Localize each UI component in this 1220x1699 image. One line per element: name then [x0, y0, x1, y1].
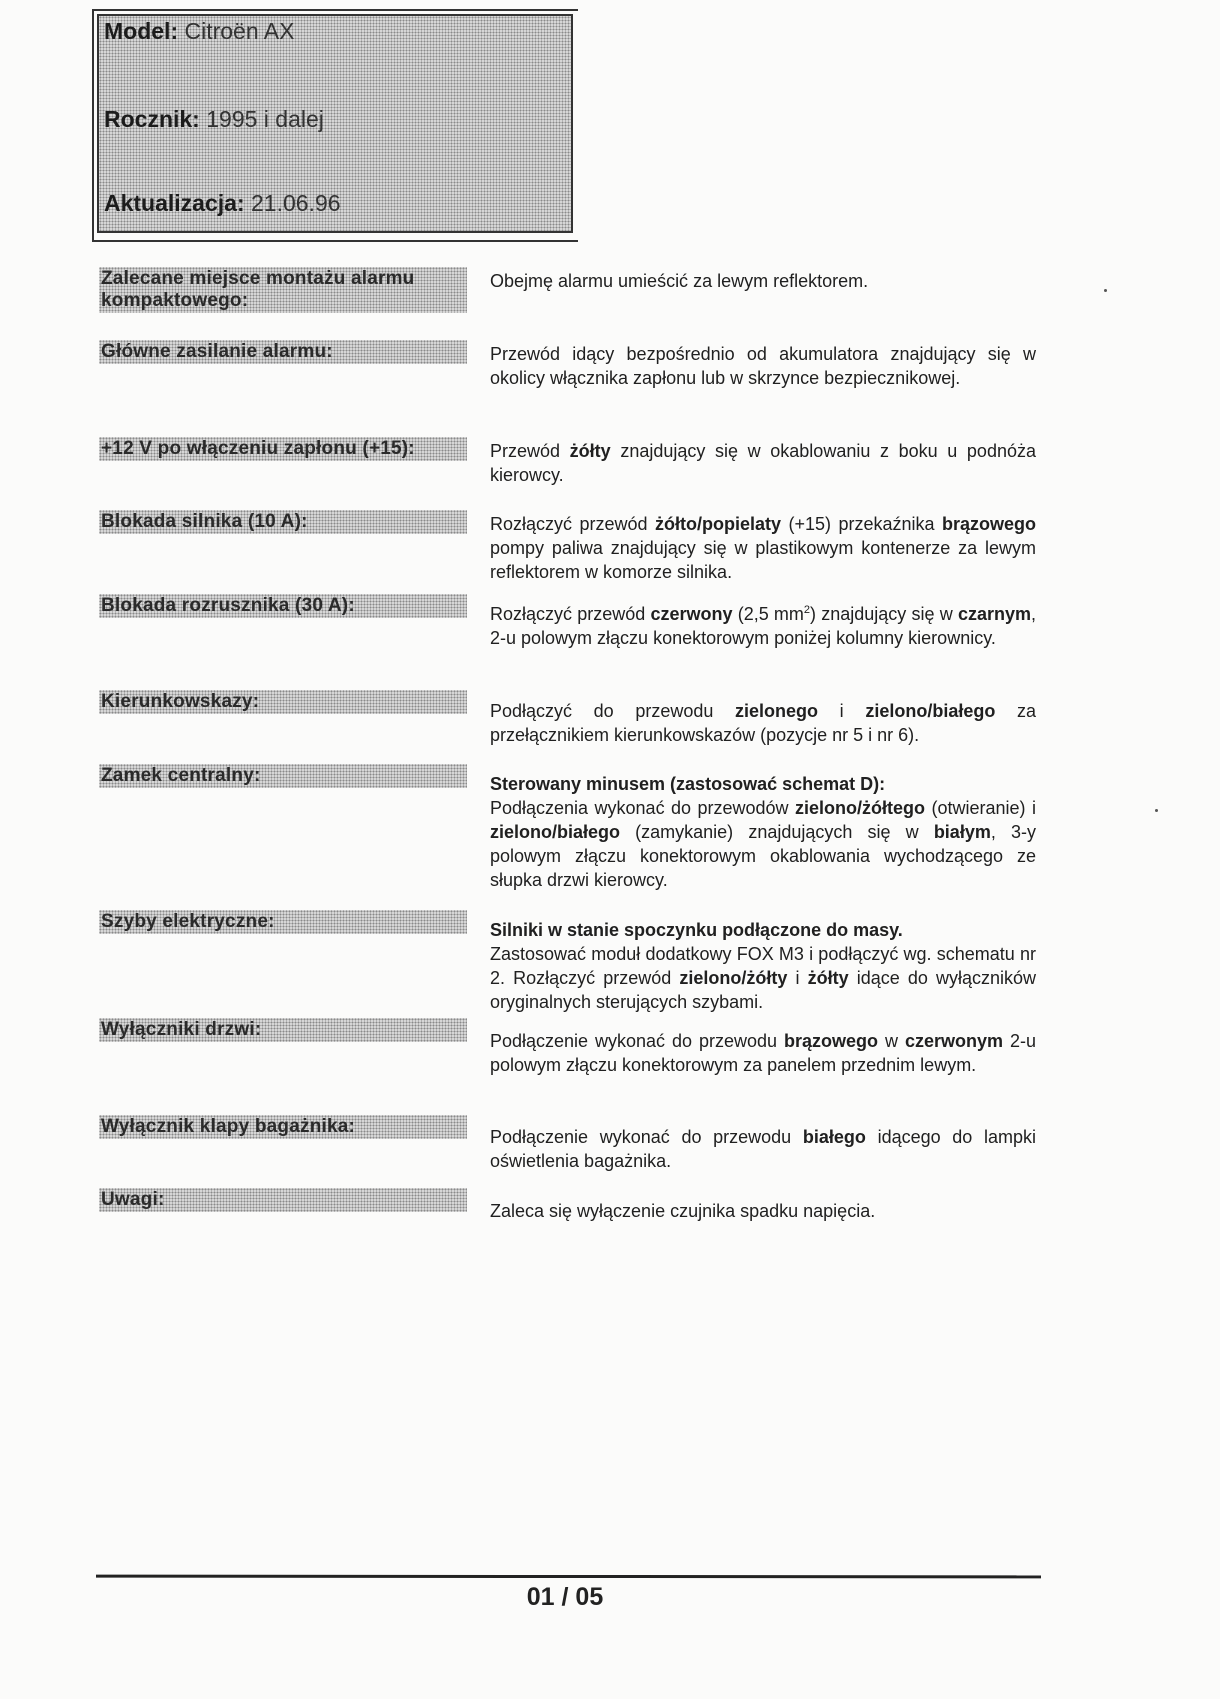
row-body: Podłączyć do przewodu zielonego i zielon… — [490, 699, 1036, 747]
row-body: Przewód idący bezpośrednio od akumulator… — [490, 342, 1036, 390]
year-value: 1995 i dalej — [206, 106, 324, 132]
row-label-mount-location: Zalecane miejsce montażu alarmu kompakto… — [99, 267, 467, 313]
row-body: Przewód żółty znajdujący się w okablowan… — [490, 439, 1036, 487]
row-body: Zaleca się wyłączenie czujnika spadku na… — [490, 1199, 1036, 1223]
row-text-central-lock: Sterowany minusem (zastosować schemat D)… — [490, 772, 1036, 892]
year-line: Rocznik: 1995 i dalej — [104, 106, 324, 133]
scan-speck — [1104, 289, 1107, 292]
row-label-turn-signals: Kierunkowskazy: — [99, 690, 467, 714]
row-heading: Sterowany minusem (zastosować schemat D)… — [490, 772, 1036, 796]
row-body: Podłączenia wykonać do przewodów zielono… — [490, 796, 1036, 892]
year-label: Rocznik: — [104, 106, 200, 132]
row-label-main-power: Główne zasilanie alarmu: — [99, 340, 467, 364]
footer-rule — [96, 1575, 1041, 1579]
model-value: Citroën AX — [185, 18, 295, 44]
scan-speck — [1155, 809, 1158, 812]
row-text-main-power: Przewód idący bezpośrednio od akumulator… — [490, 342, 1036, 390]
row-text-power-windows: Silniki w stanie spoczynku podłączone do… — [490, 918, 1036, 1014]
row-label-ignition-12v: +12 V po włączeniu zapłonu (+15): — [99, 437, 467, 461]
row-text-trunk-switch: Podłączenie wykonać do przewodu białego … — [490, 1125, 1036, 1173]
row-text-starter-immobilizer: Rozłączyć przewód czerwony (2,5 mm2) zna… — [490, 602, 1036, 650]
row-text-notes: Zaleca się wyłączenie czujnika spadku na… — [490, 1199, 1036, 1223]
update-label: Aktualizacja: — [104, 190, 245, 216]
row-label-starter-immobilizer: Blokada rozrusznika (30 A): — [99, 594, 467, 618]
row-text-door-switches: Podłączenie wykonać do przewodu brązoweg… — [490, 1029, 1036, 1077]
row-text-ignition-12v: Przewód żółty znajdujący się w okablowan… — [490, 439, 1036, 487]
row-body: Rozłączyć przewód żółto/popielaty (+15) … — [490, 512, 1036, 584]
row-body: Rozłączyć przewód czerwony (2,5 mm2) zna… — [490, 602, 1036, 650]
row-body: Obejmę alarmu umieścić za lewym reflekto… — [490, 269, 1036, 293]
model-label: Model: — [104, 18, 178, 44]
row-heading: Silniki w stanie spoczynku podłączone do… — [490, 918, 1036, 942]
row-label-notes: Uwagi: — [99, 1188, 467, 1212]
row-body: Podłączenie wykonać do przewodu białego … — [490, 1125, 1036, 1173]
page-number: 01 / 05 — [0, 1583, 1130, 1612]
row-label-central-lock: Zamek centralny: — [99, 764, 467, 788]
model-line: Model: Citroën AX — [104, 18, 294, 45]
row-label-door-switches: Wyłączniki drzwi: — [99, 1018, 467, 1042]
update-line: Aktualizacja: 21.06.96 — [104, 190, 341, 217]
row-text-turn-signals: Podłączyć do przewodu zielonego i zielon… — [490, 699, 1036, 747]
row-text-engine-immobilizer: Rozłączyć przewód żółto/popielaty (+15) … — [490, 512, 1036, 584]
row-text-mount-location: Obejmę alarmu umieścić za lewym reflekto… — [490, 269, 1036, 293]
row-label-power-windows: Szyby elektryczne: — [99, 910, 467, 934]
row-body: Zastosować moduł dodatkowy FOX M3 i podł… — [490, 942, 1036, 1014]
update-value: 21.06.96 — [251, 190, 341, 216]
row-label-engine-immobilizer: Blokada silnika (10 A): — [99, 510, 467, 534]
row-label-trunk-switch: Wyłącznik klapy bagażnika: — [99, 1115, 467, 1139]
row-body: Podłączenie wykonać do przewodu brązoweg… — [490, 1029, 1036, 1077]
